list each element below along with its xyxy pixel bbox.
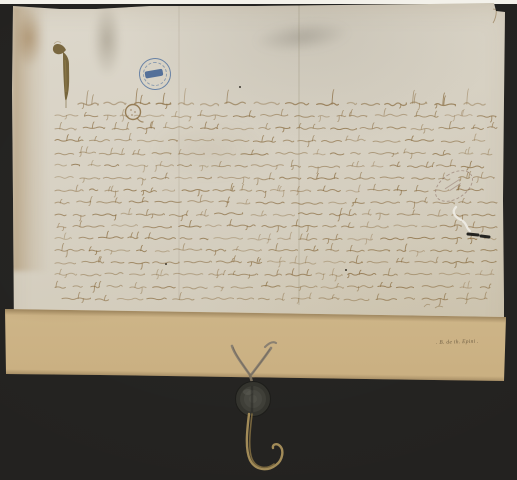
wax-seal-icon [236, 382, 271, 417]
handwriting-layer [0, 0, 517, 480]
ink-speck [165, 263, 167, 265]
pen-decorations [0, 0, 517, 480]
stain-top-streak [92, 3, 122, 77]
water-stain-left-edge [12, 6, 48, 271]
corner-pen-mark-icon [493, 7, 501, 23]
manuscript-photo: . B. de th. Epini . [0, 0, 517, 480]
seal-cord-tail-icon [247, 414, 282, 469]
faint-blotch [150, 120, 270, 180]
oval-ink-stamp-icon [429, 164, 478, 209]
white-thread-icon [454, 207, 489, 237]
blue-archive-stamp-icon [137, 56, 172, 91]
ink-speck [345, 269, 347, 271]
fold-annotation: . B. de th. Epini . [436, 338, 496, 346]
grey-smudge [253, 18, 351, 56]
decorated-initial-icon [53, 42, 69, 108]
parchment-sheet [0, 0, 517, 480]
fold-bottom-shadow [6, 369, 504, 382]
scan-edge-strip [0, 0, 517, 4]
below-text-pen-mark-icon [424, 304, 443, 308]
crease-line [178, 5, 180, 300]
water-stain-left-top [14, 8, 44, 68]
ink-speck [239, 86, 241, 88]
crease-line [298, 5, 300, 305]
